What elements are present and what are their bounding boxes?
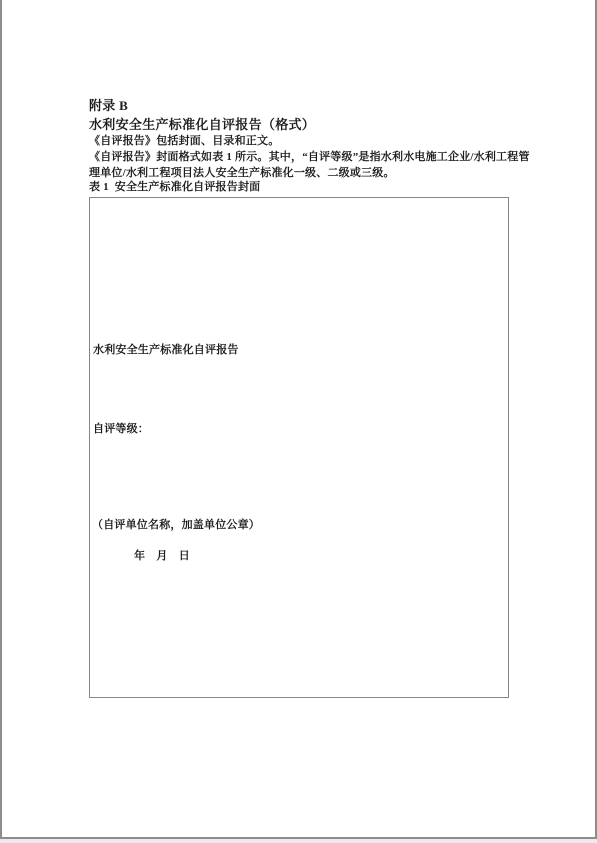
cover-unit-placeholder: （自评单位名称，加盖单位公章） bbox=[92, 519, 260, 533]
paragraph-line-3: 理单位/水利工程项目法人安全生产标准化一级、二级或三级。 bbox=[89, 167, 395, 181]
document-page: 附录 B 水利安全生产标准化自评报告（格式） 《自评报告》包括封面、目录和正文。… bbox=[0, 0, 597, 839]
cover-grade-label: 自评等级： bbox=[93, 423, 149, 437]
appendix-heading: 附录 B bbox=[89, 98, 128, 114]
table-caption: 表 1 安全生产标准化自评报告封面 bbox=[89, 181, 260, 195]
cover-report-title: 水利安全生产标准化自评报告 bbox=[93, 344, 239, 358]
paragraph-line-1: 《自评报告》包括封面、目录和正文。 bbox=[89, 135, 279, 149]
cover-table-cell: 水利安全生产标准化自评报告 自评等级： （自评单位名称，加盖单位公章） 年 月 … bbox=[89, 197, 509, 698]
document-viewer: 附录 B 水利安全生产标准化自评报告（格式） 《自评报告》包括封面、目录和正文。… bbox=[0, 0, 597, 843]
document-title: 水利安全生产标准化自评报告（格式） bbox=[89, 117, 315, 133]
paragraph-line-2: 《自评报告》封面格式如表 1 所示。其中，“自评等级”是指水利水电施工企业/水利… bbox=[89, 151, 530, 165]
cover-date-placeholder: 年 月 日 bbox=[134, 550, 190, 564]
